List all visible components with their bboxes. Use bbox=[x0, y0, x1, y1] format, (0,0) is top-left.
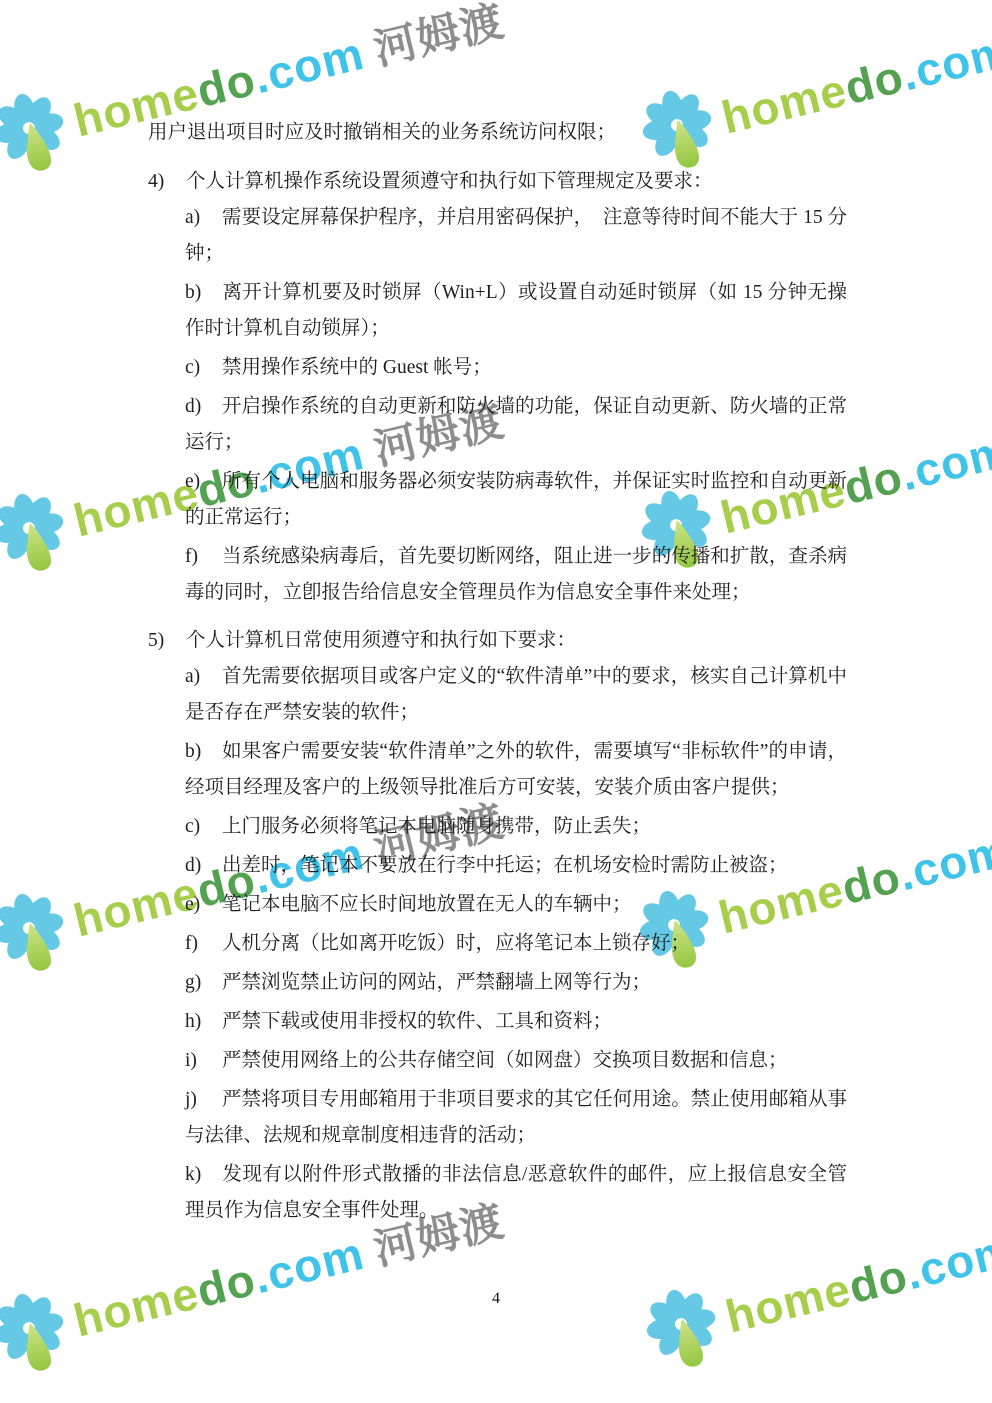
sub-item-marker: d) bbox=[185, 389, 222, 425]
item-marker: 5) bbox=[148, 623, 186, 659]
list-item-title: 5)个人计算机日常使用须遵守和执行如下要求： bbox=[148, 623, 847, 659]
sub-list-item: c)上门服务必须将笔记本电脑随身携带，防止丢失； bbox=[185, 809, 847, 845]
sub-list-item: e)所有个人电脑和服务器必须安装防病毒软件，并保证实时监控和自动更新的正常运行； bbox=[185, 464, 847, 536]
sub-item-marker: f) bbox=[185, 926, 222, 962]
sub-item-text: 发现有以附件形式散播的非法信息/恶意软件的邮件，应上报信息安全管理员作为信息安全… bbox=[185, 1164, 847, 1221]
sub-item-marker: e) bbox=[185, 464, 222, 500]
sub-list-item: d)出差时，笔记本不要放在行李中托运；在机场安检时需防止被盗； bbox=[185, 848, 847, 884]
sub-item-text: 笔记本电脑不应长时间地放置在无人的车辆中； bbox=[222, 894, 632, 915]
sub-list-item: j)严禁将项目专用邮箱用于非项目要求的其它任何用途。禁止使用邮箱从事与法律、法规… bbox=[185, 1082, 847, 1154]
sub-list-item: f)人机分离（比如离开吃饭）时，应将笔记本上锁存好； bbox=[185, 926, 847, 962]
sub-list: a)首先需要依据项目或客户定义的“软件清单”中的要求，核实自己计算机中是否存在严… bbox=[185, 659, 847, 1229]
sub-item-marker: a) bbox=[185, 659, 222, 695]
sub-item-text: 首先需要依据项目或客户定义的“软件清单”中的要求，核实自己计算机中是否存在严禁安… bbox=[185, 666, 847, 723]
list-item-title: 4)个人计算机操作系统设置须遵守和执行如下管理规定及要求： bbox=[148, 164, 847, 200]
sub-item-marker: b) bbox=[185, 734, 222, 770]
sub-item-marker: c) bbox=[185, 350, 222, 386]
sub-item-text: 开启操作系统的自动更新和防火墙的功能，保证自动更新、防火墙的正常运行； bbox=[185, 396, 847, 453]
item-title-text: 个人计算机日常使用须遵守和执行如下要求： bbox=[186, 630, 576, 651]
sub-item-text: 出差时，笔记本不要放在行李中托运；在机场安检时需防止被盗； bbox=[222, 855, 788, 876]
intro-paragraph: 用户退出项目时应及时撤销相关的业务系统访问权限； bbox=[148, 115, 847, 151]
sub-list-item: a)首先需要依据项目或客户定义的“软件清单”中的要求，核实自己计算机中是否存在严… bbox=[185, 659, 847, 731]
sub-item-marker: c) bbox=[185, 809, 222, 845]
sub-item-text: 所有个人电脑和服务器必须安装防病毒软件，并保证实时监控和自动更新的正常运行； bbox=[185, 471, 847, 528]
item-marker: 4) bbox=[148, 164, 186, 200]
sub-list-item: h)严禁下载或使用非授权的软件、工具和资料； bbox=[185, 1004, 847, 1040]
document-page: homedo.com河姆渡 homedo.com河姆渡 bbox=[0, 0, 992, 1403]
sub-list-item: c)禁用操作系统中的 Guest 帐号； bbox=[185, 350, 847, 386]
sub-item-marker: a) bbox=[185, 200, 222, 236]
sub-item-text: 如果客户需要安装“软件清单”之外的软件，需要填写“非标软件”的申请，经项目经理及… bbox=[185, 741, 847, 798]
page-number: 4 bbox=[0, 1290, 992, 1308]
sub-list-item: b)离开计算机要及时锁屏（Win+L）或设置自动延时锁屏（如 15 分钟无操作时… bbox=[185, 275, 847, 347]
sub-item-text: 人机分离（比如离开吃饭）时，应将笔记本上锁存好； bbox=[222, 933, 690, 954]
sub-item-text: 需要设定屏幕保护程序，并启用密码保护， 注意等待时间不能大于 15 分钟； bbox=[185, 207, 847, 264]
document-content: 用户退出项目时应及时撤销相关的业务系统访问权限； 4)个人计算机操作系统设置须遵… bbox=[0, 0, 992, 1229]
numbered-list: 4)个人计算机操作系统设置须遵守和执行如下管理规定及要求： a)需要设定屏幕保护… bbox=[148, 164, 847, 1229]
sub-item-text: 当系统感染病毒后，首先要切断网络，阻止进一步的传播和扩散，查杀病毒的同时，立卽报… bbox=[185, 546, 847, 603]
list-item: 5)个人计算机日常使用须遵守和执行如下要求： a)首先需要依据项目或客户定义的“… bbox=[148, 623, 847, 1229]
item-title-text: 个人计算机操作系统设置须遵守和执行如下管理规定及要求： bbox=[186, 171, 713, 192]
watermark-com-text: .com bbox=[900, 1222, 992, 1299]
sub-item-marker: f) bbox=[185, 539, 222, 575]
sub-item-text: 上门服务必须将笔记本电脑随身携带，防止丢失； bbox=[222, 816, 651, 837]
sub-list-item: g)严禁浏览禁止访问的网站，严禁翻墙上网等行为； bbox=[185, 965, 847, 1001]
sub-item-marker: g) bbox=[185, 965, 222, 1001]
sub-list-item: i)严禁使用网络上的公共存储空间（如网盘）交换项目数据和信息； bbox=[185, 1043, 847, 1079]
list-item: 4)个人计算机操作系统设置须遵守和执行如下管理规定及要求： a)需要设定屏幕保护… bbox=[148, 164, 847, 611]
sub-item-text: 禁用操作系统中的 Guest 帐号； bbox=[222, 357, 492, 378]
sub-list-item: e)笔记本电脑不应长时间地放置在无人的车辆中； bbox=[185, 887, 847, 923]
sub-list-item: a)需要设定屏幕保护程序，并启用密码保护， 注意等待时间不能大于 15 分钟； bbox=[185, 200, 847, 272]
sub-item-marker: e) bbox=[185, 887, 222, 923]
sub-list: a)需要设定屏幕保护程序，并启用密码保护， 注意等待时间不能大于 15 分钟； … bbox=[185, 200, 847, 611]
sub-item-text: 严禁下载或使用非授权的软件、工具和资料； bbox=[222, 1011, 612, 1032]
sub-item-text: 严禁将项目专用邮箱用于非项目要求的其它任何用途。禁止使用邮箱从事与法律、法规和规… bbox=[185, 1089, 847, 1146]
sub-item-text: 严禁使用网络上的公共存储空间（如网盘）交换项目数据和信息； bbox=[222, 1050, 788, 1071]
sub-item-text: 严禁浏览禁止访问的网站，严禁翻墙上网等行为； bbox=[222, 972, 651, 993]
sub-list-item: b)如果客户需要安装“软件清单”之外的软件，需要填写“非标软件”的申请，经项目经… bbox=[185, 734, 847, 806]
sub-item-marker: b) bbox=[185, 275, 222, 311]
sub-item-text: 离开计算机要及时锁屏（Win+L）或设置自动延时锁屏（如 15 分钟无操作时计算… bbox=[185, 282, 847, 339]
sub-item-marker: d) bbox=[185, 848, 222, 884]
homedo-flower-icon bbox=[632, 1272, 732, 1384]
sub-item-marker: i) bbox=[185, 1043, 222, 1079]
sub-item-marker: h) bbox=[185, 1004, 222, 1040]
sub-list-item: d)开启操作系统的自动更新和防火墙的功能，保证自动更新、防火墙的正常运行； bbox=[185, 389, 847, 461]
sub-item-marker: j) bbox=[185, 1082, 222, 1118]
sub-list-item: f)当系统感染病毒后，首先要切断网络，阻止进一步的传播和扩散，查杀病毒的同时，立… bbox=[185, 539, 847, 611]
sub-item-marker: k) bbox=[185, 1157, 222, 1193]
sub-list-item: k)发现有以附件形式散播的非法信息/恶意软件的邮件，应上报信息安全管理员作为信息… bbox=[185, 1157, 847, 1229]
